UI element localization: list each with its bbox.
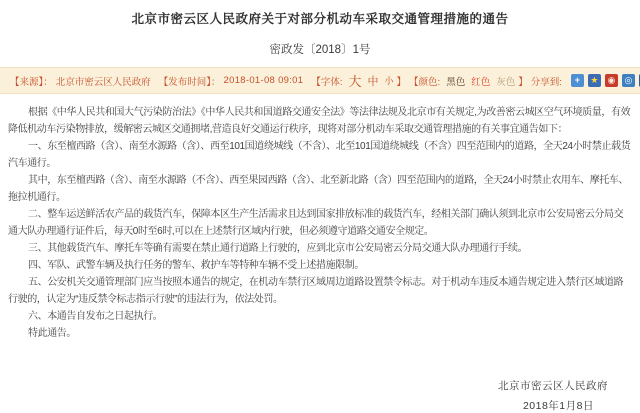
notice-body: 根据《中华人民共和国大气污染防治法》《中华人民共和国道路交通安全法》等法律法规及… [0,94,640,342]
signature-name: 北京市密云区人民政府 [0,378,608,393]
signature-date: 2018年1月8日 [0,398,608,413]
tencent-weibo-icon[interactable]: ◎ [622,74,635,87]
toolbar-meta-group: 【来源】： 北京市密云区人民政府 【发布时间】： 2018-01-08 09:0… [10,71,531,90]
notice-paragraph: 四、军队、武警车辆及执行任务的警车、救护车等特种车辆不受上述措施限制。 [8,257,632,274]
color-label-close: 】 [518,74,528,88]
source-label: 【来源】： [10,74,53,88]
notice-paragraph: 特此通告。 [8,325,632,342]
page-title: 北京市密云区人民政府关于对部分机动车采取交通管理措施的通告 [0,0,640,27]
meta-toolbar: 【来源】： 北京市密云区人民政府 【发布时间】： 2018-01-08 09:0… [0,67,640,94]
notice-paragraph: 二、整车运送鲜活农产品的载货汽车，保障本区生产生活需求且达到国家排放标准的载货汽… [8,206,632,240]
pubtime-value: 2018-01-08 09:01 [224,75,304,86]
color-option-gray[interactable]: 灰色 [496,74,515,88]
notice-paragraph: 五、公安机关交通管理部门应当按照本通告的规定，在机动车禁行区域周边道路设置禁令标… [8,274,632,308]
circle-glyph: ◎ [624,74,632,87]
sina-weibo-icon[interactable]: ◉ [605,74,618,87]
weibo-glyph: ◉ [607,74,615,87]
color-label: 【颜色: [409,74,440,88]
notice-paragraph: 三、其他载货汽车、摩托车等确有需要在禁止通行道路上行驶的，应到北京市公安局密云分… [8,240,632,257]
qzone-icon[interactable]: ★ [588,74,601,87]
notice-paragraph: 其中，东至檀西路（含）、南至水源路（不含）、西至果园西路（含）、北至新北路（含）… [8,172,632,206]
notice-paragraph: 根据《中华人民共和国大气污染防治法》《中华人民共和国道路交通安全法》等法律法规及… [8,104,632,138]
star-glyph: ★ [590,74,598,87]
font-size-label: 【字体: [311,74,342,88]
font-size-label-close: 】 [397,74,407,88]
share-bar: 分享到: + ★ ◉ ◎ 人 ● [531,74,640,88]
notice-paragraph: 一、东至檀西路（含）、南至水源路（含）、西至101国道绕城线（不含）、北至101… [8,138,632,172]
font-size-large-button[interactable]: 大 [349,71,362,90]
share-more-icon[interactable]: + [571,74,584,87]
source-value: 北京市密云区人民政府 [56,74,151,88]
share-label: 分享到: [531,74,562,88]
doc-number: 密政发〔2018〕1号 [0,41,640,57]
plus-glyph: + [575,74,580,87]
font-size-medium-button[interactable]: 中 [368,73,379,89]
notice-paragraph: 六、本通告自发布之日起执行。 [8,308,632,325]
signature-block: 北京市密云区人民政府 2018年1月8日 [0,378,640,413]
pubtime-label: 【发布时间】： [159,74,221,88]
font-size-small-button[interactable]: 小 [385,74,394,87]
color-option-black[interactable]: 黑色 [446,74,465,88]
color-option-red[interactable]: 红色 [471,74,490,88]
